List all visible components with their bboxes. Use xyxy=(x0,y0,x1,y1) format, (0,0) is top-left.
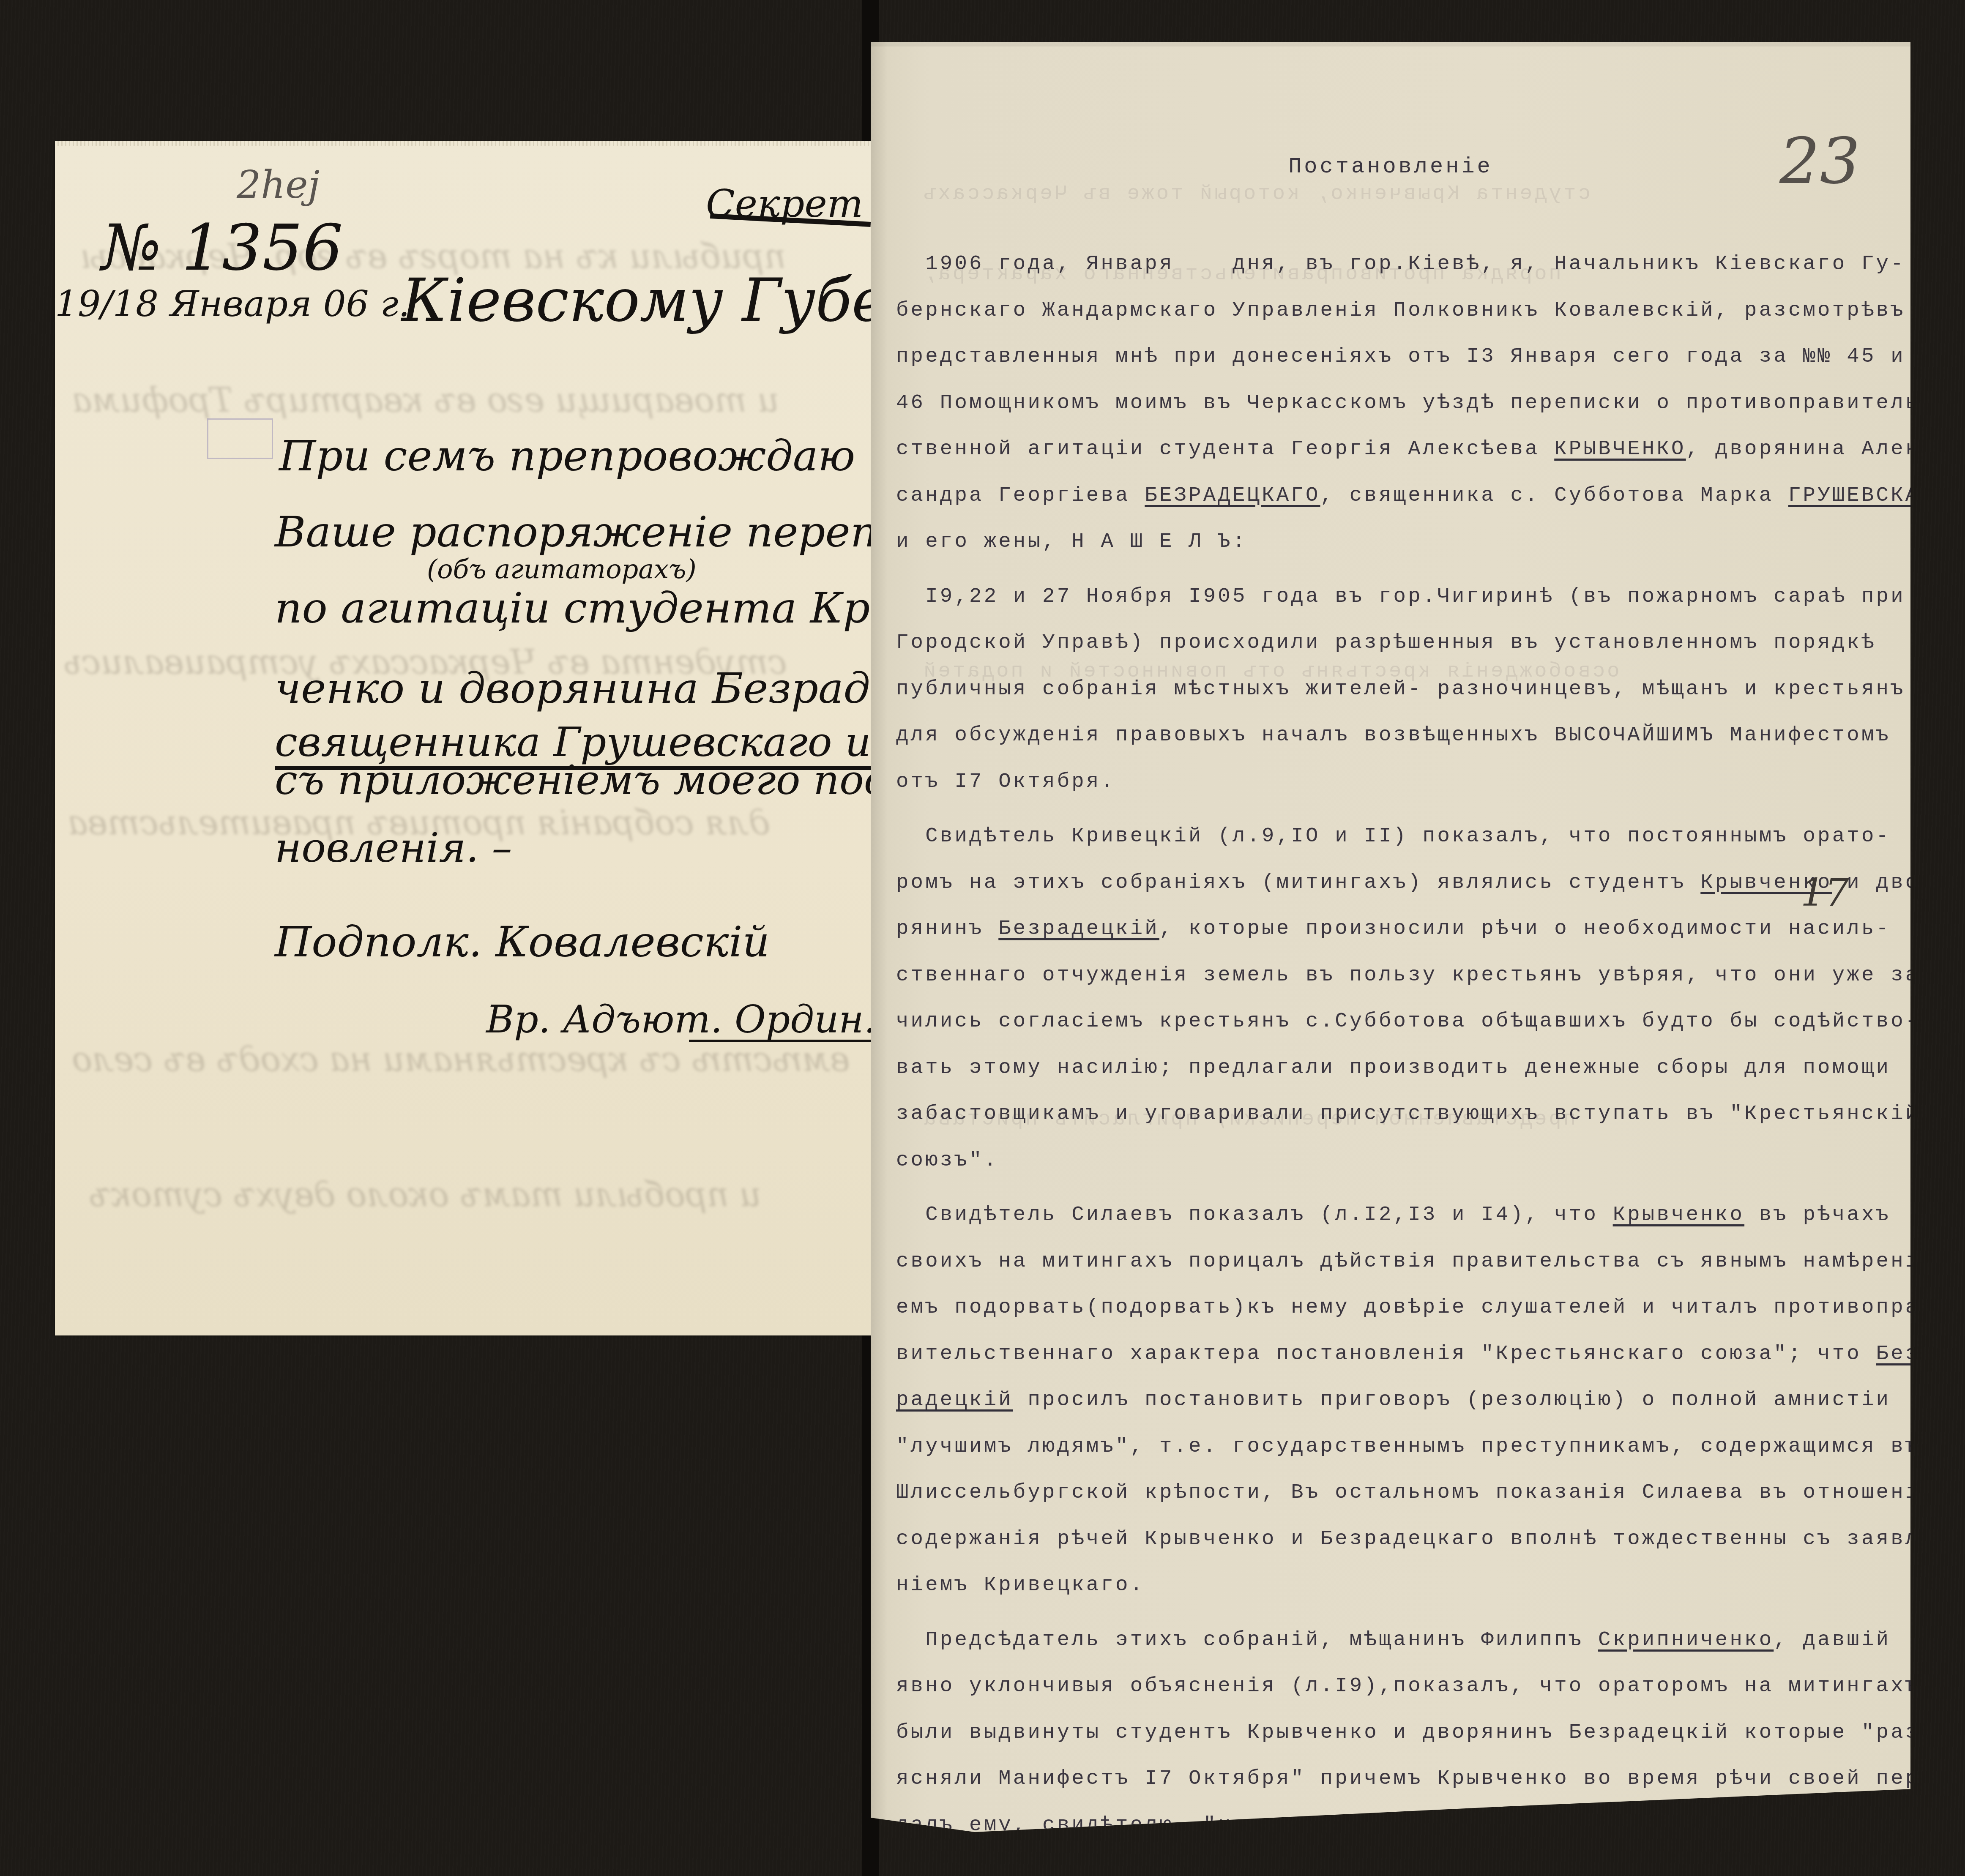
typed-line: Шлиссельбургской крѣпости, Въ остальномъ… xyxy=(896,1482,1898,1503)
margin-note: 17 xyxy=(1801,871,1849,915)
text-run: сандра Георгіева xyxy=(896,483,1145,507)
typed-line: были выдвинуты студентъ Крывченко и двор… xyxy=(896,1722,1898,1743)
typed-resolution-page: студента Крывченко, который тоже въ Черк… xyxy=(871,42,1910,1832)
typed-line: Свидѣтель Силаевъ показалъ (л.I2,I3 и I4… xyxy=(896,1204,1898,1225)
body-line: При семъ препровождаю на xyxy=(279,431,922,481)
typed-line: отъ I7 Октября. xyxy=(896,771,1898,792)
typed-line: Городской Управѣ) происходили разрѣшенны… xyxy=(896,632,1898,653)
text-run: ромъ на этихъ собраніяхъ (митингахъ) явл… xyxy=(896,871,1700,894)
body-line: Ваше распоряженіе перепи xyxy=(275,507,905,557)
interlinear-insertion: (объ агитаторахъ) xyxy=(427,554,697,584)
letter-date: 19/18 Января 06 г. xyxy=(55,283,410,325)
underlined-name: Скрипниченко xyxy=(1598,1628,1774,1652)
faded-stamp xyxy=(207,418,273,459)
torn-top-edge xyxy=(55,141,871,146)
typed-line: ственнаго отчужденія земель въ пользу кр… xyxy=(896,965,1898,986)
underlined-name: БЕЗРАДЕЦКАГО xyxy=(1145,483,1320,507)
bleed-through-text: и пробыли тамъ около двухъ сутокъ xyxy=(89,1175,761,1214)
text-run: Свидѣтель Силаевъ показалъ (л.I2,I3 и I4… xyxy=(896,1203,1613,1226)
typed-line: 46 Помощникомъ моимъ въ Черкасскомъ уѣзд… xyxy=(896,393,1898,413)
underlined-name: Безрадецкій xyxy=(998,917,1159,940)
body-line: новленія. – xyxy=(275,824,512,871)
typed-line: Предсѣдатель этихъ собраній, мѣщанинъ Фи… xyxy=(896,1630,1898,1650)
typed-line: явно уклончивыя объясненія (л.I9),показа… xyxy=(896,1676,1898,1696)
handwritten-cover-letter: прибыли къ на торгъ въ гор. Черкассы и т… xyxy=(55,144,871,1335)
typed-line: содержанія рѣчей Крывченко и Безрадецкаг… xyxy=(896,1529,1898,1549)
text-run: , священника с. Субботова Марка xyxy=(1320,483,1788,507)
body-line: по агитаціи студента Кры xyxy=(275,583,905,633)
folio-number: 23 xyxy=(1779,125,1860,198)
typed-line: сандра Георгіева БЕЗРАДЕЦКАГО, священник… xyxy=(896,485,1898,506)
typed-line: вать этому насилію; предлагали производи… xyxy=(896,1057,1898,1078)
typed-line: ясняли Манифестъ I7 Октября" причемъ Кры… xyxy=(896,1768,1898,1789)
typed-line: вительственнаго характера постановленія … xyxy=(896,1344,1898,1364)
bleed-through-text: вмѣстѣ съ крестьянами на сходъ въ село xyxy=(72,1040,850,1079)
underlined-name: Крывченко xyxy=(1613,1203,1744,1226)
typed-line: публичныя собранія мѣстныхъ жителей- раз… xyxy=(896,679,1898,699)
typed-line: радецкій просилъ постановить приговоръ (… xyxy=(896,1390,1898,1410)
bleed-through-text: студента Крывченко, который тоже въ Черк… xyxy=(921,182,1591,205)
text-run: въ рѣчахъ xyxy=(1744,1203,1891,1226)
pencil-note: 2hej xyxy=(237,163,320,207)
typed-line: забастовщикамъ и уговаривали присутствую… xyxy=(896,1103,1898,1124)
typed-line: емъ подорвать(подорвать)къ нему довѣріе … xyxy=(896,1297,1898,1318)
outgoing-number: № 1356 xyxy=(101,211,343,285)
underlined-name: радецкій xyxy=(896,1388,1013,1412)
typed-line: и его жены, Н А Ш Е Л Ъ: xyxy=(896,531,1898,552)
text-run: рянинъ xyxy=(896,917,998,940)
body-line: ченко и дворянина Безрадецко xyxy=(275,664,976,713)
document-title: Постановленіе xyxy=(871,154,1910,179)
typed-line: ственной агитаціи студента Георгія Алекс… xyxy=(896,439,1898,459)
body-line: съ приложеніемъ моего пост xyxy=(275,756,925,804)
text-run: , дворянина Алек- xyxy=(1686,437,1935,461)
typed-line: рянинъ Безрадецкій, которые произносили … xyxy=(896,918,1898,939)
signature-adjutant: Вр. Адъют. Ордин. xyxy=(486,997,876,1042)
signature-flourish xyxy=(689,1040,871,1042)
text-run: Предсѣдатель этихъ собраній, мѣщанинъ Фи… xyxy=(896,1628,1598,1652)
text-run: ственной агитаціи студента Георгія Алекс… xyxy=(896,437,1554,461)
text-run: просилъ постановить приговоръ (резолюцію… xyxy=(1013,1388,1891,1412)
signature-commander: Подполк. Ковалевскій xyxy=(275,917,770,967)
typed-line: ніемъ Кривецкаго. xyxy=(896,1575,1898,1595)
text-run: вительственнаго характера постановленія … xyxy=(896,1342,1876,1365)
text-run: , которые произносили рѣчи о необходимос… xyxy=(1159,917,1891,940)
typed-line: представленныя мнѣ при донесеніяхъ отъ I… xyxy=(896,346,1898,367)
typed-line: для обсужденія правовыхъ началъ возвѣщен… xyxy=(896,725,1898,745)
typed-line: ромъ на этихъ собраніяхъ (митингахъ) явл… xyxy=(896,872,1898,893)
typed-line: I9,22 и 27 Ноября I905 года въ гор.Чигир… xyxy=(896,586,1898,607)
typed-line: бернскаго Жандармскаго Управленія Полков… xyxy=(896,300,1898,321)
page-top-shadow xyxy=(871,42,1910,46)
typed-line: своихъ на митингахъ порицалъ дѣйствія пр… xyxy=(896,1251,1898,1272)
underlined-name: КРЫВЧЕНКО xyxy=(1554,437,1686,461)
text-run: , давшій xyxy=(1774,1628,1891,1652)
bleed-through-text: и товарищи его въ квартиръ Трофима xyxy=(72,380,779,420)
typed-line: союзъ". xyxy=(896,1150,1898,1171)
typed-line: 1906 года, Января дня, въ гор.Кіевѣ, я, … xyxy=(896,254,1898,274)
typed-line: Свидѣтель Кривецкій (л.9,IO и II) показа… xyxy=(896,826,1898,847)
typed-line: "лучшимъ людямъ", т.е. государственнымъ … xyxy=(896,1436,1898,1457)
typed-line: чились согласіемъ крестьянъ с.Субботова … xyxy=(896,1011,1898,1032)
